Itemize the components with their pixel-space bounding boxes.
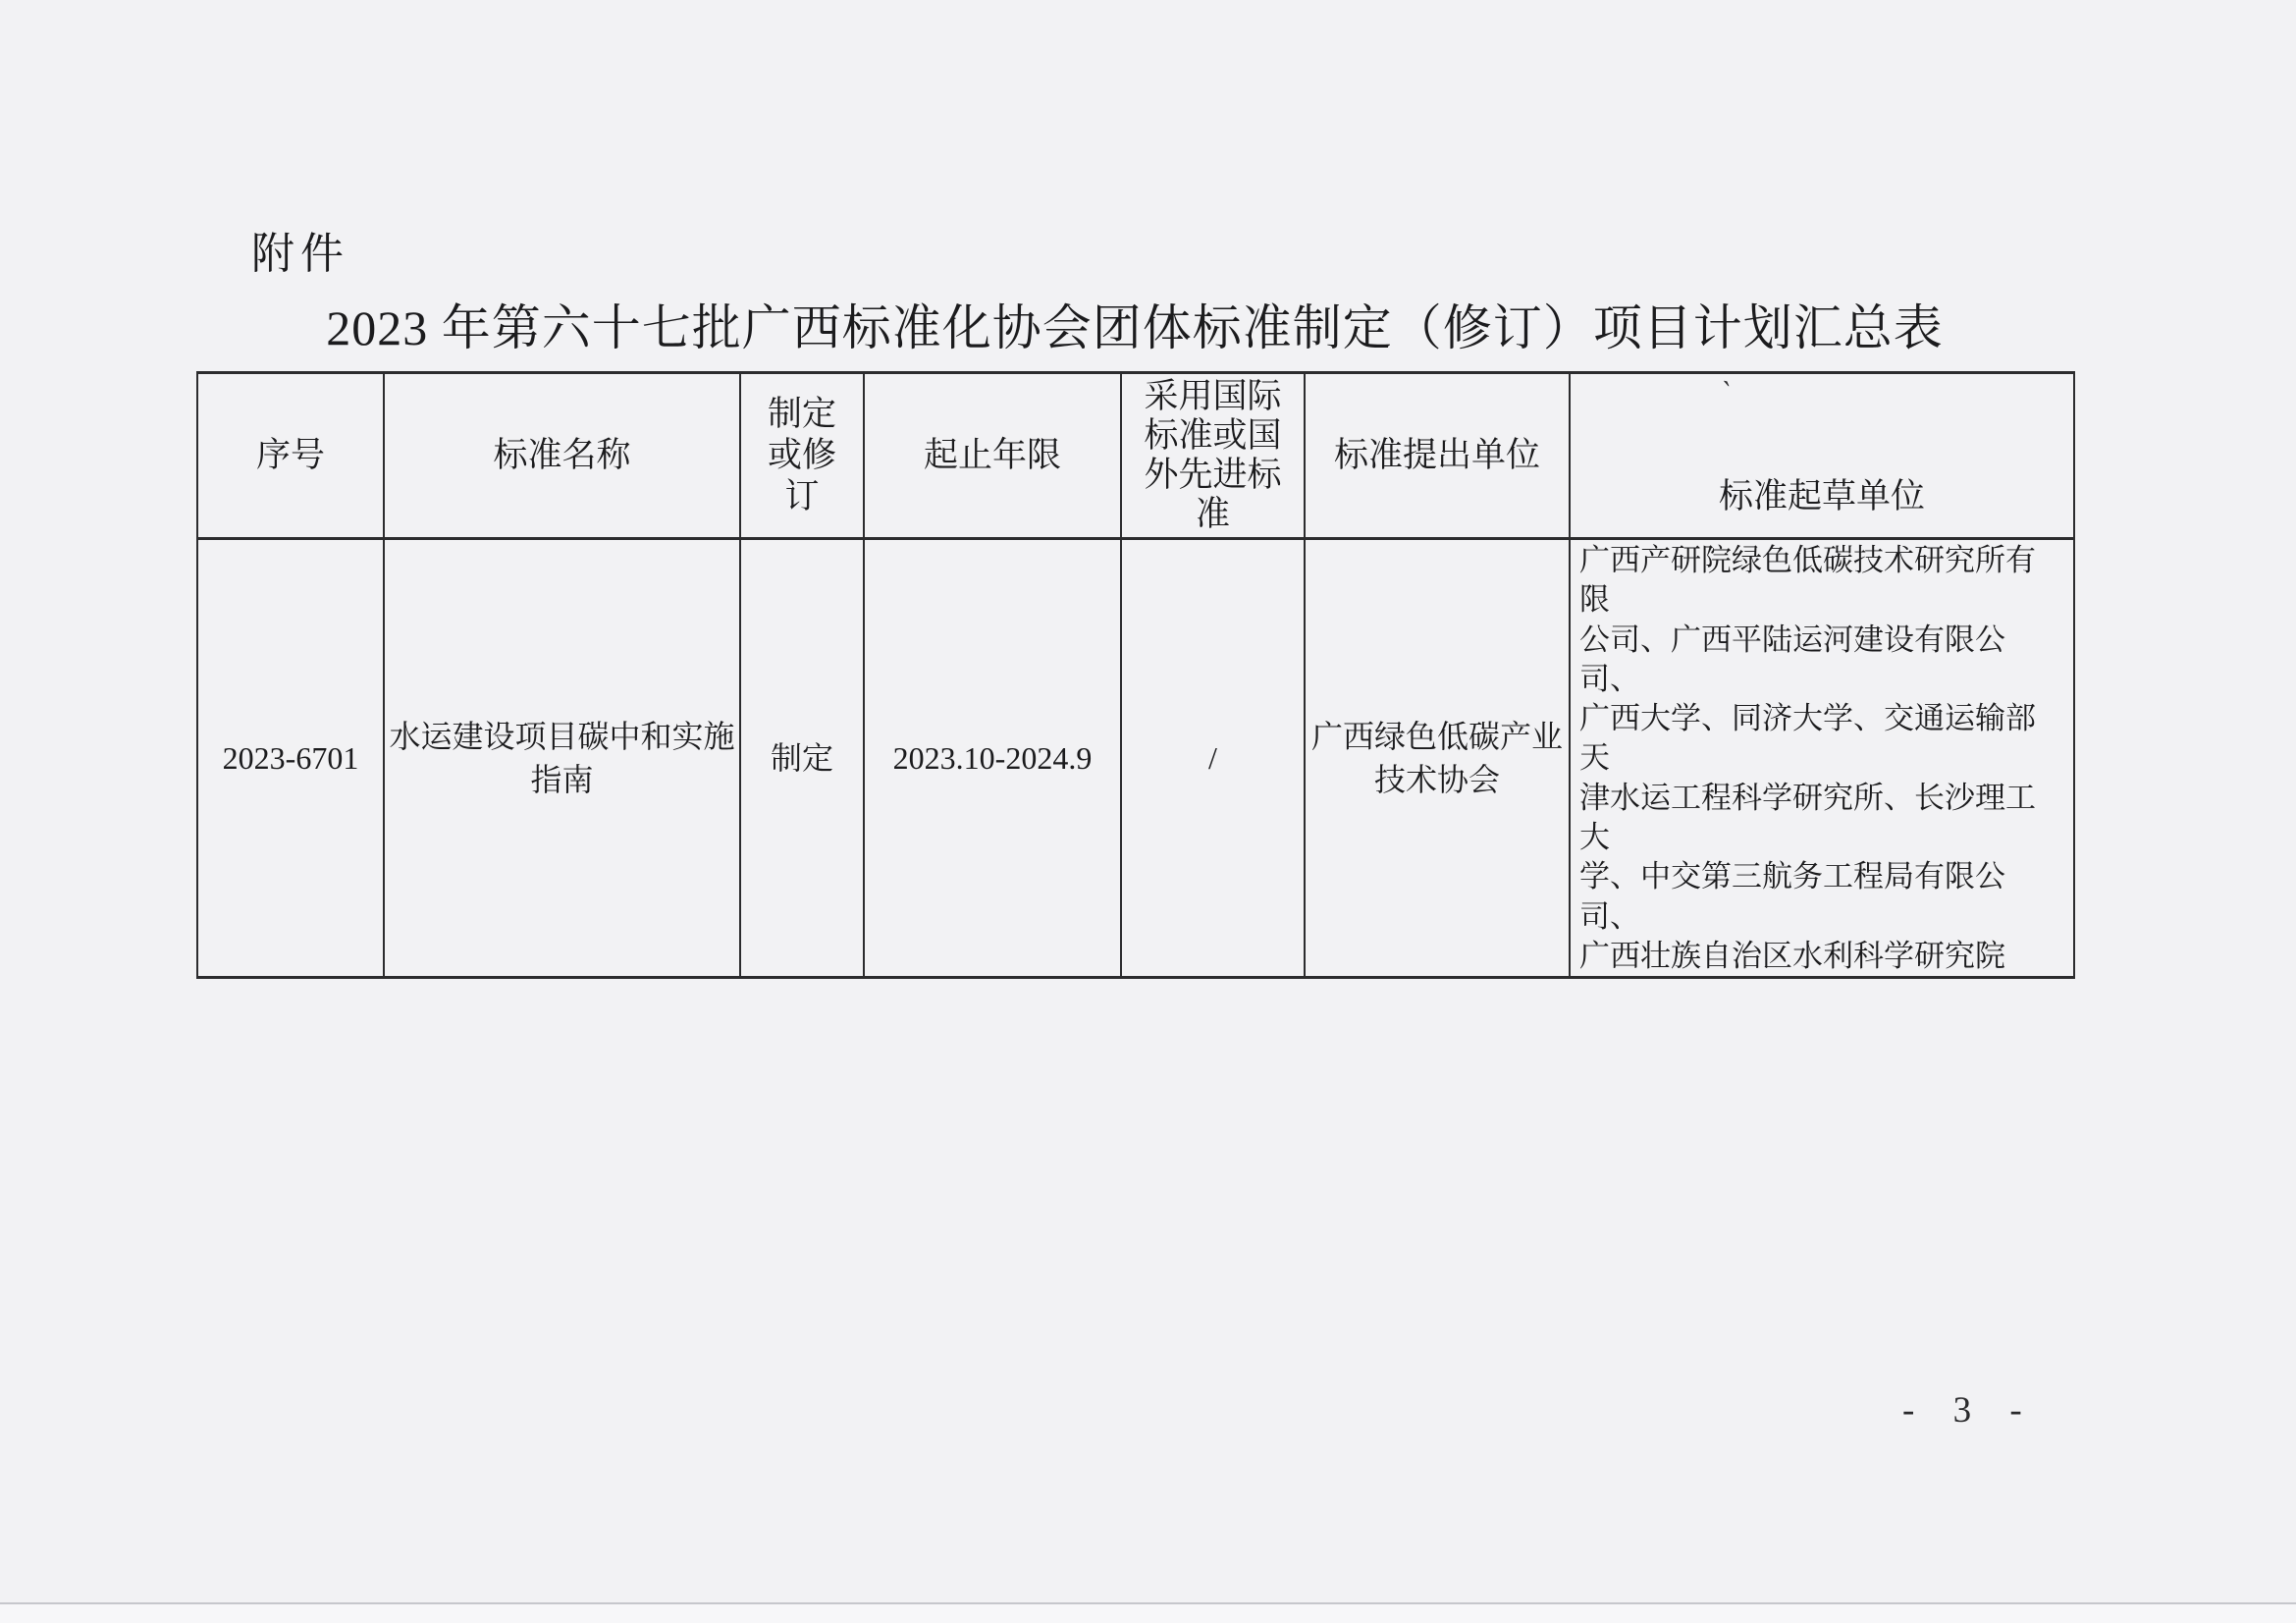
header-cell-name: 标准名称 <box>384 373 740 539</box>
header-cell-type: 制定 或修 订 <box>740 373 864 539</box>
attachment-label: 附件 <box>251 218 349 281</box>
header-cell-period: 起止年限 <box>864 373 1121 539</box>
scan-stray-mark: ` <box>1717 377 1733 407</box>
header-cell-proposer: 标准提出单位 <box>1305 373 1570 539</box>
header-cell-intl-standard: 采用国际 标准或国 外先进标 准 <box>1121 373 1305 539</box>
table-row: 2023-6701 水运建设项目碳中和实施 指南 制定 2023.10-2024… <box>197 539 2074 978</box>
document-page: 附件 2023 年第六十七批广西标准化协会团体标准制定（修订）项目计划汇总表 序… <box>0 0 2296 1623</box>
header-cell-index: 序号 <box>197 373 384 539</box>
scan-edge-strip <box>0 1604 2296 1623</box>
cell-intl-standard: / <box>1121 539 1305 978</box>
header-cell-drafter-label: 标准起草单位 <box>1719 477 1925 515</box>
cell-serial-number: 2023-6701 <box>197 539 384 978</box>
header-cell-drafter: ` 标准起草单位 <box>1570 373 2074 539</box>
cell-formulate-or-revise: 制定 <box>740 539 864 978</box>
cell-proposing-unit: 广西绿色低碳产业 技术协会 <box>1305 539 1570 978</box>
document-title: 2023 年第六十七批广西标准化协会团体标准制定（修订）项目计划汇总表 <box>196 289 2073 359</box>
cell-drafting-units: 广西产研院绿色低碳技术研究所有限 公司、广西平陆运河建设有限公司、 广西大学、同… <box>1570 539 2074 978</box>
cell-time-period: 2023.10-2024.9 <box>864 539 1121 978</box>
page-number: - 3 - <box>1902 1389 2037 1432</box>
cell-standard-name: 水运建设项目碳中和实施 指南 <box>384 539 740 978</box>
table-header-row: 序号 标准名称 制定 或修 订 起止年限 采用国际 标准或国 外先进标 准 标准… <box>197 373 2074 539</box>
standards-plan-table: 序号 标准名称 制定 或修 订 起止年限 采用国际 标准或国 外先进标 准 标准… <box>196 371 2075 979</box>
